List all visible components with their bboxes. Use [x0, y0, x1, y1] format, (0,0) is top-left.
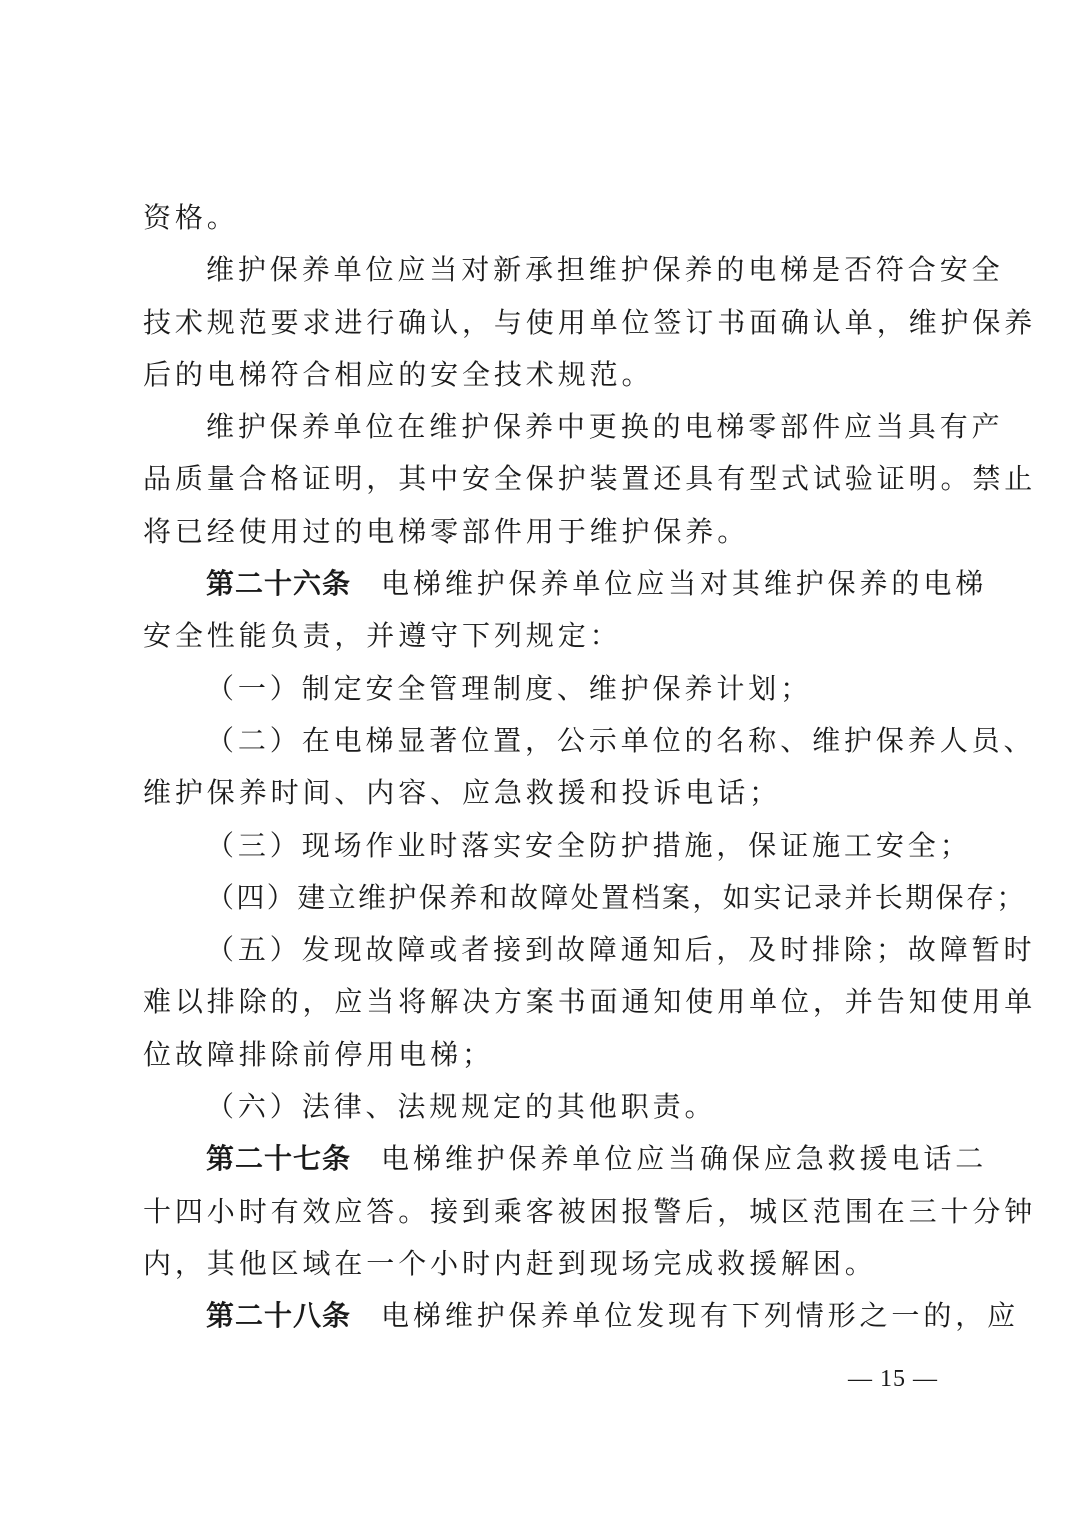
article-27: 第二十七条电梯维护保养单位应当确保应急救援电话二 — [143, 1133, 943, 1185]
line-text: 资格。 — [143, 201, 239, 234]
line-text: 安全性能负责，并遵守下列规定： — [143, 619, 622, 652]
paragraph-start: 维护保养单位应当对新承担维护保养的电梯是否符合安全 — [143, 244, 943, 296]
line-text: （五）发现故障或者接到故障通知后，及时排除；故障暂时 — [206, 933, 1035, 966]
line-text: 电梯维护保养单位发现有下列情形之一的，应 — [381, 1299, 1019, 1332]
list-item-4: （四）建立维护保养和故障处置档案，如实记录并长期保存； — [143, 872, 943, 924]
document-page: 资格。 维护保养单位应当对新承担维护保养的电梯是否符合安全 技术规范要求进行确认… — [143, 192, 943, 1343]
article-26: 第二十六条电梯维护保养单位应当对其维护保养的电梯 — [143, 558, 943, 610]
text-line: 十四小时有效应答。接到乘客被困报警后，城区范围在三十分钟 — [143, 1186, 943, 1238]
text-line: 维护保养时间、内容、应急救援和投诉电话； — [143, 767, 943, 819]
line-text: 电梯维护保养单位应当确保应急救援电话二 — [381, 1142, 987, 1175]
line-text: （二）在电梯显著位置，公示单位的名称、维护保养人员、 — [206, 724, 1035, 757]
line-text: （六）法律、法规规定的其他职责。 — [206, 1090, 716, 1123]
text-line: 品质量合格证明，其中安全保护装置还具有型式试验证明。禁止 — [143, 453, 943, 505]
article-heading: 第二十七条 — [206, 1142, 351, 1175]
list-item-5: （五）发现故障或者接到故障通知后，及时排除；故障暂时 — [143, 924, 943, 976]
list-item-6: （六）法律、法规规定的其他职责。 — [143, 1081, 943, 1133]
line-text: 维护保养单位应当对新承担维护保养的电梯是否符合安全 — [206, 253, 1004, 286]
text-line: 位故障排除前停用电梯； — [143, 1029, 943, 1081]
line-text: 内，其他区域在一个小时内赶到现场完成救援解困。 — [143, 1247, 877, 1280]
text-line: 内，其他区域在一个小时内赶到现场完成救援解困。 — [143, 1238, 943, 1290]
article-heading: 第二十六条 — [206, 567, 351, 600]
text-line: 资格。 — [143, 192, 943, 244]
line-text: （四）建立维护保养和故障处置档案，如实记录并长期保存； — [206, 881, 1027, 914]
line-text: 品质量合格证明，其中安全保护装置还具有型式试验证明。禁止 — [143, 462, 1036, 495]
line-text: 难以排除的，应当将解决方案书面通知使用单位，并告知使用单 — [143, 985, 1036, 1018]
line-text: 维护保养时间、内容、应急救援和投诉电话； — [143, 776, 781, 809]
article-28: 第二十八条电梯维护保养单位发现有下列情形之一的，应 — [143, 1290, 943, 1342]
page-number: — 15 — — [838, 1366, 948, 1393]
paragraph-start: 维护保养单位在维护保养中更换的电梯零部件应当具有产 — [143, 401, 943, 453]
article-heading: 第二十八条 — [206, 1299, 351, 1332]
line-text: 后的电梯符合相应的安全技术规范。 — [143, 358, 653, 391]
line-text: 十四小时有效应答。接到乘客被困报警后，城区范围在三十分钟 — [143, 1195, 1036, 1228]
line-text: （三）现场作业时落实安全防护措施，保证施工安全； — [206, 829, 972, 862]
line-text: 将已经使用过的电梯零部件用于维护保养。 — [143, 515, 749, 548]
line-text: 位故障排除前停用电梯； — [143, 1038, 494, 1071]
line-text: 维护保养单位在维护保养中更换的电梯零部件应当具有产 — [206, 410, 1004, 443]
text-line: 后的电梯符合相应的安全技术规范。 — [143, 349, 943, 401]
list-item-3: （三）现场作业时落实安全防护措施，保证施工安全； — [143, 820, 943, 872]
line-text: 电梯维护保养单位应当对其维护保养的电梯 — [381, 567, 987, 600]
list-item-1: （一）制定安全管理制度、维护保养计划； — [143, 663, 943, 715]
text-line: 技术规范要求进行确认，与使用单位签订书面确认单，维护保养 — [143, 297, 943, 349]
text-line: 难以排除的，应当将解决方案书面通知使用单位，并告知使用单 — [143, 976, 943, 1028]
line-text: 技术规范要求进行确认，与使用单位签订书面确认单，维护保养 — [143, 306, 1036, 339]
text-line: 将已经使用过的电梯零部件用于维护保养。 — [143, 506, 943, 558]
text-line: 安全性能负责，并遵守下列规定： — [143, 610, 943, 662]
list-item-2: （二）在电梯显著位置，公示单位的名称、维护保养人员、 — [143, 715, 943, 767]
line-text: （一）制定安全管理制度、维护保养计划； — [206, 672, 812, 705]
